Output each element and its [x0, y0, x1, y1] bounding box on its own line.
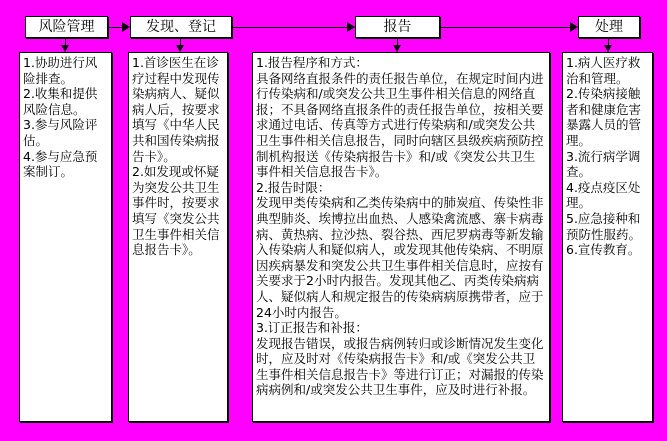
arrow-right-icon [570, 22, 578, 32]
list-item: 1.首诊医生在诊疗过程中发现传染病病人、疑似病人后，按要求填写《中华人民共和国传… [132, 55, 224, 164]
list-item: 1.病人医疗救治和管理。 [566, 55, 649, 86]
discover-register-box: 1.首诊医生在诊疗过程中发现传染病病人、疑似病人后，按要求填写《中华人民共和国传… [128, 52, 228, 422]
arrow-down-icon [604, 45, 612, 52]
list-item: 2.如发现或怀疑为突发公共卫生事件时，按要求填写《突发公共卫生事件相关信息报告卡… [132, 164, 224, 258]
section-body: 发现甲类传染病和乙类传染病中的肺炭疽、传染性非典型肺炎、埃博拉出血热、人感染禽流… [256, 195, 546, 320]
connector-line [440, 27, 570, 28]
section-title: 2.报告时限： [256, 180, 546, 196]
header-handle: 处理 [578, 16, 640, 38]
section-title: 3.订正报告和补报： [256, 320, 546, 336]
list-item: 5.应急接种和预防性服药。 [566, 211, 649, 242]
list-item: 2.传染病接触者和健康危害暴露人员的管理。 [566, 86, 649, 148]
list-item: 1.协助进行风险排查。 [23, 55, 108, 86]
connector-line [180, 38, 181, 45]
arrow-down-icon [176, 45, 184, 52]
connector-line [65, 38, 66, 45]
arrow-right-icon [347, 22, 355, 32]
list-item: 3.流行病学调查。 [566, 149, 649, 180]
section-body: 发现报告错误，或报告病例转归或诊断情况发生变化时，应及时对《传染病报告卡》和/或… [256, 336, 546, 398]
arrow-right-icon [122, 22, 130, 32]
header-report: 报告 [355, 16, 440, 38]
section-title: 1.报告程序和方式： [256, 55, 546, 71]
arrow-down-icon [393, 45, 401, 52]
list-item: 3.参与风险评估。 [23, 117, 108, 148]
list-item: 4.参与应急预案制订。 [23, 149, 108, 180]
section-body: 具备网络直报条件的责任报告单位，在规定时间内进行传染病和/或突发公共卫生事件相关… [256, 71, 546, 180]
list-item: 6.宣传教育。 [566, 242, 649, 258]
connector-line [108, 27, 122, 28]
connector-line [232, 27, 347, 28]
connector-line [608, 38, 609, 45]
risk-management-box: 1.协助进行风险排查。 2.收集和提供风险信息。 3.参与风险评估。 4.参与应… [19, 52, 112, 422]
connector-line [397, 38, 398, 45]
list-item: 2.收集和提供风险信息。 [23, 86, 108, 117]
handle-box: 1.病人医疗救治和管理。 2.传染病接触者和健康危害暴露人员的管理。 3.流行病… [562, 52, 653, 422]
header-risk-management: 风险管理 [25, 16, 108, 38]
list-item: 4.疫点疫区处理。 [566, 180, 649, 211]
header-discover-register: 发现、登记 [130, 16, 232, 38]
arrow-down-icon [61, 45, 69, 52]
report-box: 1.报告程序和方式： 具备网络直报条件的责任报告单位，在规定时间内进行传染病和/… [252, 52, 550, 422]
